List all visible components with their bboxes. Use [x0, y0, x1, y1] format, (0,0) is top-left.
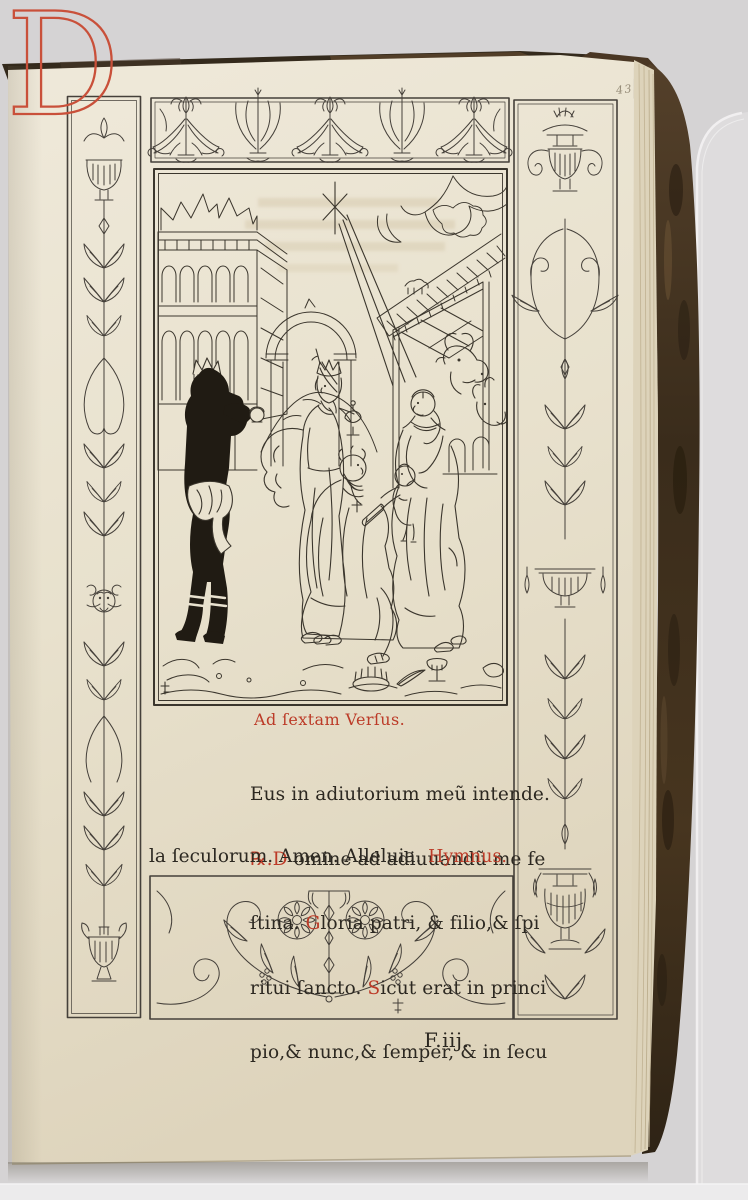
virgin-mary [392, 390, 466, 652]
versicle-segment: ſtina. [250, 913, 306, 934]
versicle-line: Eus in adiutorium meũ intende. [250, 784, 550, 806]
versicle-line: ſtina. Gloria patri, & filio,& ſpi [250, 913, 550, 935]
versicle-last-line: la ſeculorum. Amen. Alleluia. Hymnus. [149, 846, 507, 867]
versicle-segment: loria patri, & filio,& ſpi [321, 913, 540, 934]
border-right-scrolls [512, 219, 618, 539]
puffy-sleeve [261, 428, 303, 507]
black-king [175, 358, 264, 644]
feather [397, 670, 425, 686]
star-of-bethlehem [323, 182, 416, 386]
chalice-on-ground [427, 659, 447, 682]
border-right-lidded-urn [528, 108, 602, 191]
border-left-panel [68, 97, 141, 1018]
border-right-stem [545, 619, 585, 849]
kneeling-king [301, 446, 396, 664]
versicle-segment: la ſeculorum. Amen. Alleluia. [149, 846, 421, 867]
page-number-pencil: 43 [615, 82, 633, 97]
versicle-segment: pio,& nunc,& ſemper, & in ſecu [250, 1042, 547, 1063]
versicle-line: ritui ſancto. Sicut erat in princi [250, 978, 550, 1000]
covered-chalice [345, 401, 361, 435]
signature-mark: F.iij. [424, 1028, 469, 1052]
versicle-line: pio,& nunc,& ſemper, & in ſecu [250, 1042, 550, 1064]
hymnus-label: Hymnus. [428, 847, 507, 867]
woodcut-cross-mark [161, 682, 170, 694]
versicle-text: Eus in adiutorium meũ intende. ℞.D omine… [250, 741, 550, 1107]
border-right-bowl [525, 567, 605, 607]
woodcut-adoration-of-the-magi [154, 169, 507, 705]
arch-gateway [261, 299, 377, 466]
niche-wall [443, 437, 497, 474]
versicle-segment: Eus in adiutorium meũ intende. [250, 784, 550, 805]
crown-on-ground [353, 667, 389, 691]
bare-tree [377, 176, 507, 242]
border-top-panel [148, 88, 512, 162]
versicle-segment: ritui ſancto. [250, 978, 367, 999]
svg-text:D: D [6, 0, 120, 130]
book-photograph: 43 Ad ſextam Verſus. D Eus in adiutorium… [0, 0, 748, 1200]
initial-D: D [0, 0, 125, 130]
versal-letter: S [367, 978, 380, 999]
versicle-segment: icut erat in princi [380, 978, 546, 999]
ground [161, 659, 504, 698]
versal-letter: G [306, 913, 321, 934]
show-through [245, 198, 455, 272]
rubric-heading: Ad ſextam Verſus. [254, 711, 405, 728]
gift-cup [250, 400, 264, 422]
